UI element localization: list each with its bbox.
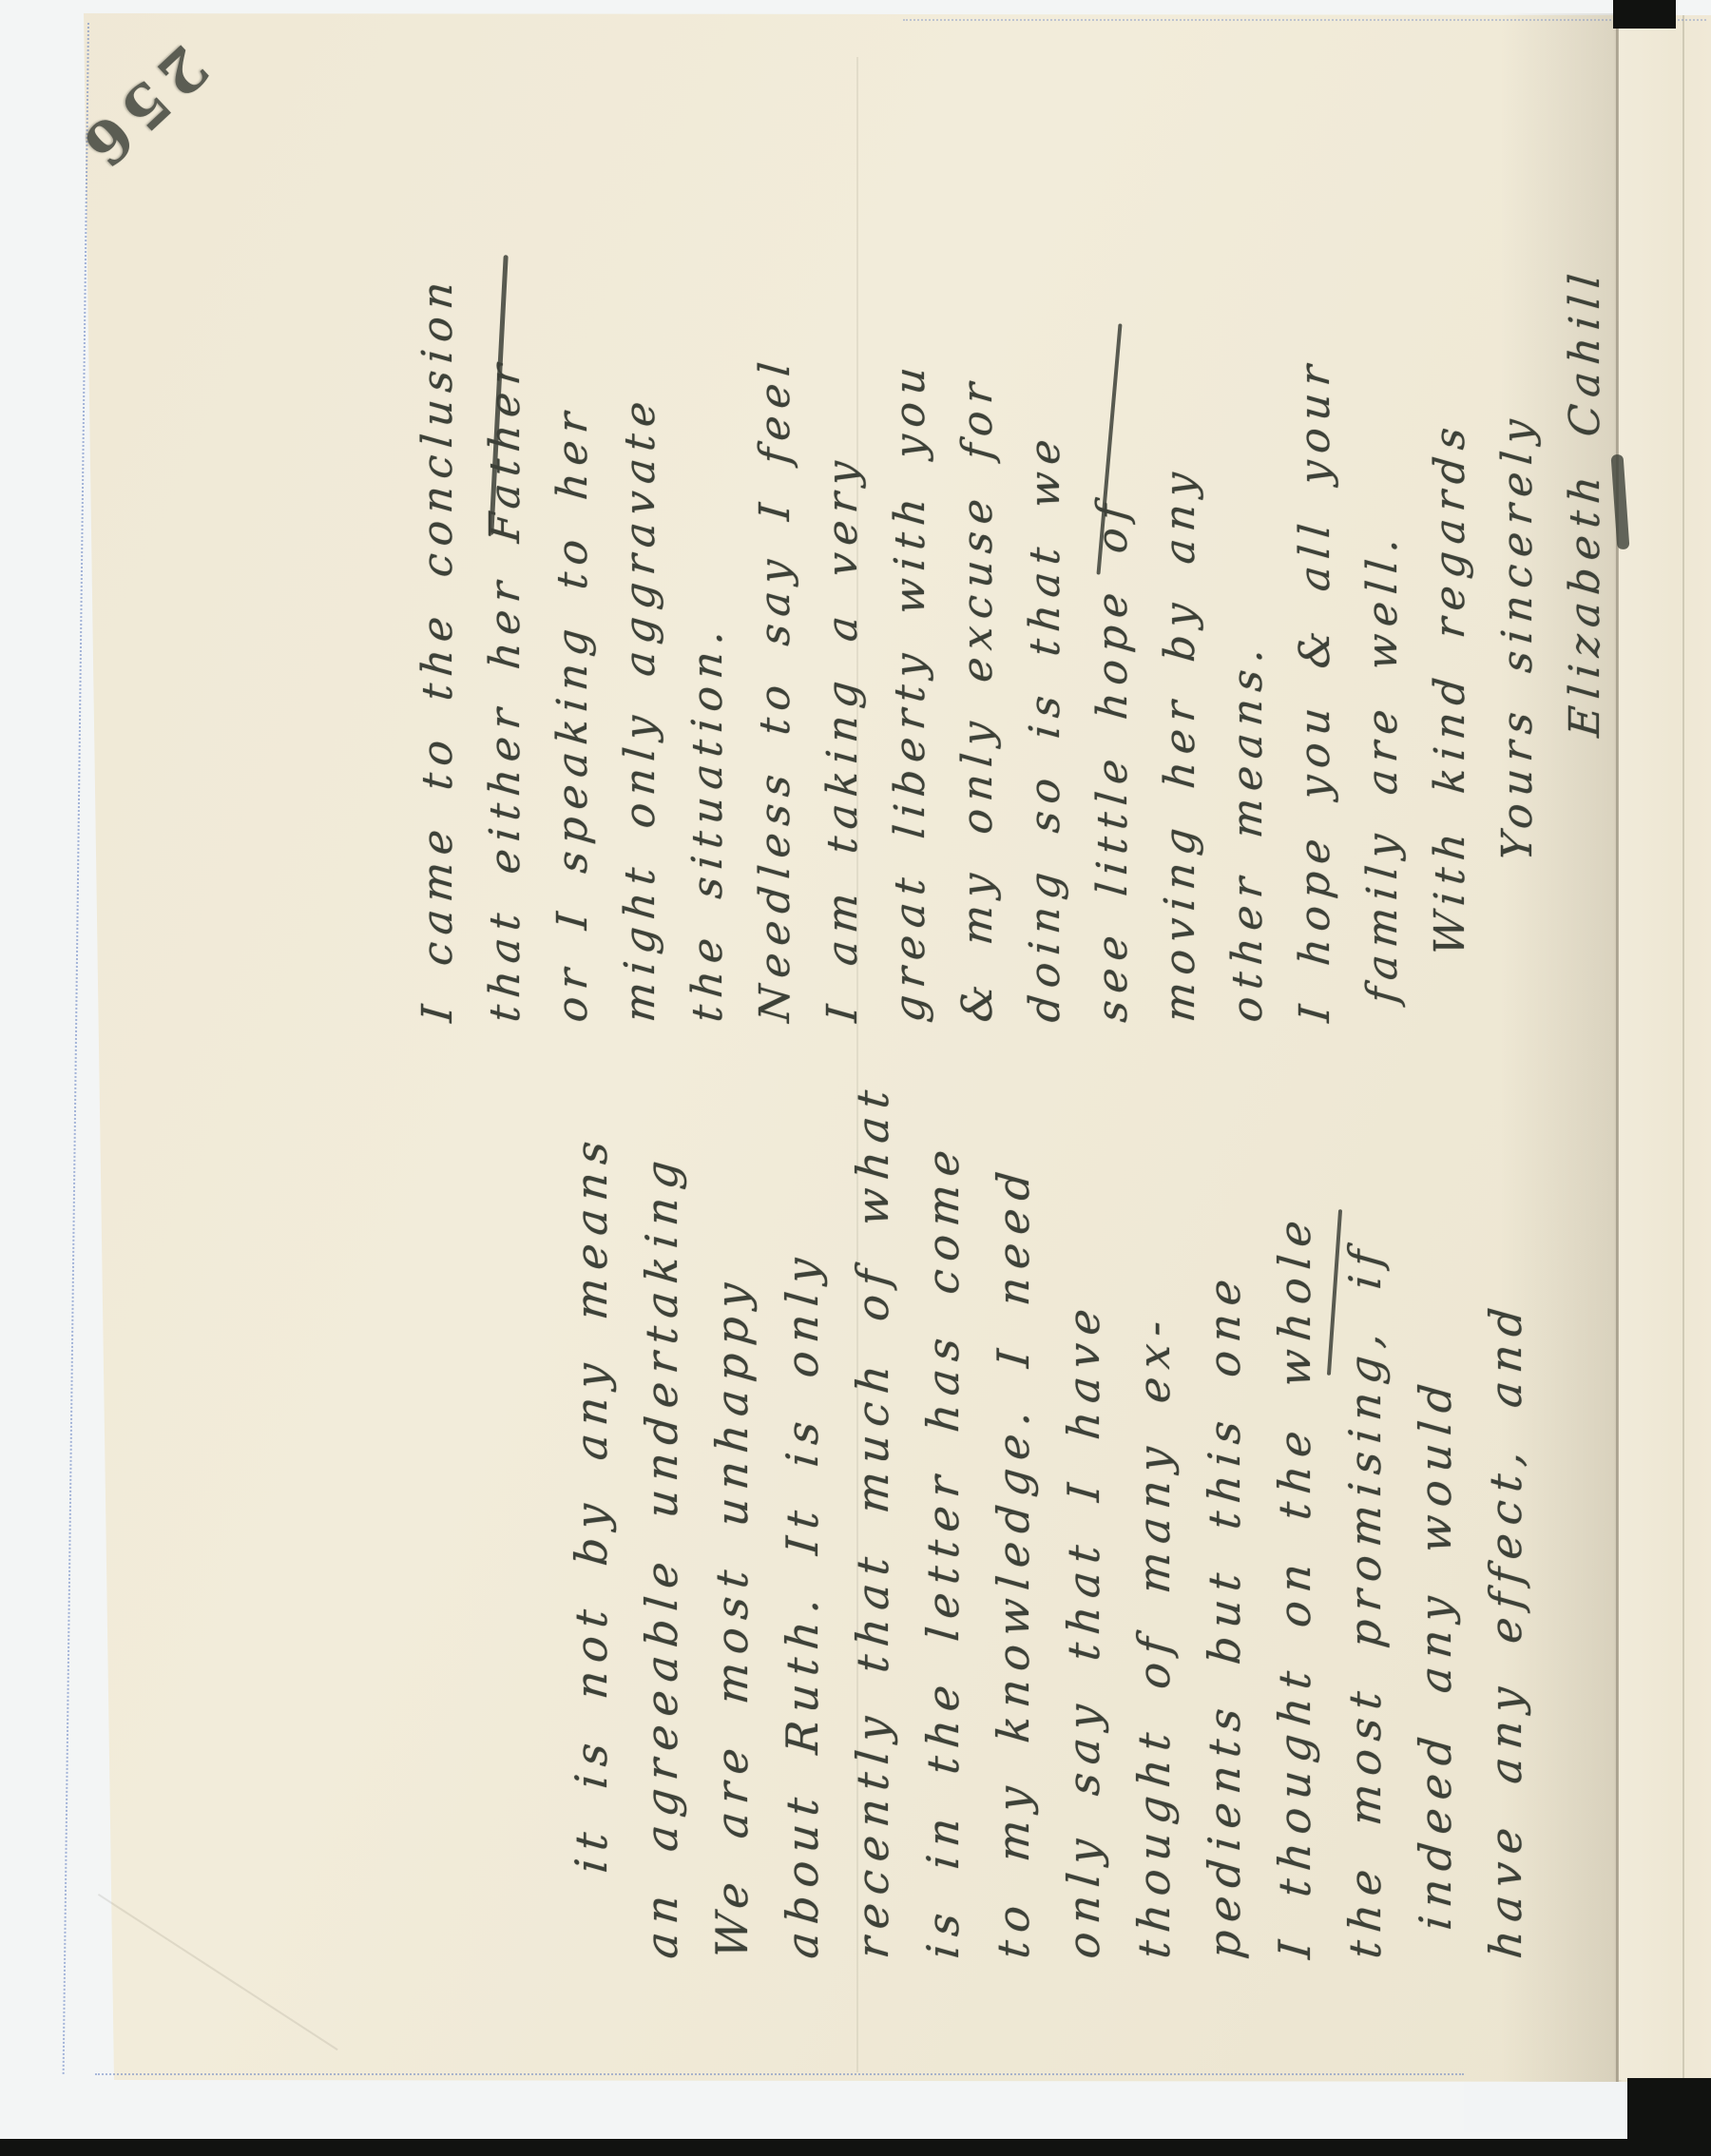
letter-line: about Ruth. It is only xyxy=(767,1048,837,1961)
letter-line: the most promising, if xyxy=(1330,1048,1400,1961)
letter-line: see little hope of xyxy=(1079,140,1146,1025)
letter-line: I came to the conclusion xyxy=(404,140,471,1025)
letter-line: family are well. xyxy=(1349,140,1416,1025)
letter-line: might only aggravate xyxy=(606,140,674,1025)
letter-line: thought of many ex- xyxy=(1119,1048,1189,1961)
letter-line: I thought on the whole xyxy=(1259,1048,1330,1961)
paper-edge-line xyxy=(1682,15,1684,2080)
handwritten-text-right-page: I came to the conclusionthat either her … xyxy=(404,143,1621,1022)
letter-line: Yours sincerely xyxy=(1484,140,1551,1025)
scan-background-bottom xyxy=(0,2139,1711,2156)
letter-line: I am taking a very xyxy=(809,140,876,1025)
letter-line: I hope you & all your xyxy=(1281,140,1349,1025)
blue-dotted-edge-top xyxy=(903,19,1706,21)
letter-line: is in the letter has come xyxy=(908,1048,978,1961)
handwritten-text-left-page: it is not by any meansan agreeable under… xyxy=(556,1050,1545,1958)
letter-line: Needless to say I feel xyxy=(741,140,809,1025)
letter-line: have any effect, and xyxy=(1471,1048,1541,1961)
scan-background-top-notch xyxy=(1613,0,1676,29)
letter-line: the situation. xyxy=(674,140,741,1025)
letter-line: & my only excuse for xyxy=(944,140,1011,1025)
letter-line: an agreeable undertaking xyxy=(626,1048,697,1961)
letter-line: With kind regards xyxy=(1416,140,1484,1025)
letter-line: We are most unhappy xyxy=(697,1048,767,1961)
scanned-letter-page: 256 it is not by any meansan agreeable u… xyxy=(0,0,1711,2156)
blue-dotted-edge-bottom xyxy=(95,2073,1464,2075)
letter-line: doing so is that we xyxy=(1011,140,1079,1025)
letter-line: moving her by any xyxy=(1146,140,1214,1025)
letter-line: or I speaking to her xyxy=(539,140,606,1025)
paper-folded-edge xyxy=(1619,15,1711,2080)
letter-line: Elizabeth Cahill xyxy=(1551,140,1619,1025)
letter-line: it is not by any means xyxy=(556,1048,626,1961)
letter-line: indeed any would xyxy=(1400,1048,1471,1961)
letter-line: other means. xyxy=(1214,140,1281,1025)
letter-line: recently that much of what xyxy=(837,1048,908,1961)
letter-line: pedients but this one xyxy=(1189,1048,1259,1961)
letter-line: to my knowledge. I need xyxy=(978,1048,1048,1961)
backing-sheet-tab xyxy=(1464,2082,1627,2132)
letter-line: only say that I have xyxy=(1048,1048,1119,1961)
letter-line: great liberty with you xyxy=(876,140,944,1025)
